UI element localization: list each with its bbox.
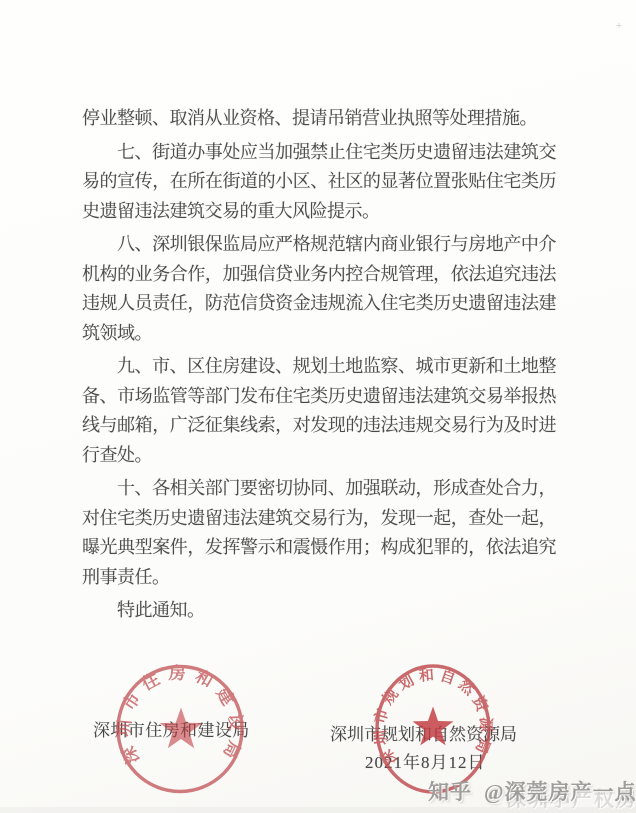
body-paragraph-item-10: 十、各相关部门要密切协同、加强联动，形成查处合力，对住宅类历史遗留违法建筑交易行… (82, 474, 556, 592)
zhihu-watermark: 知乎@深莞房产一点通 (428, 776, 636, 806)
closing-line: 特此通知。 (82, 596, 556, 626)
scan-artifact-mark: + (616, 20, 622, 32)
body-paragraph-item-8: 八、深圳银保监局应严格规范辖内商业银行与房地产中介机构的业务合作，加强信贷业务内… (82, 230, 556, 348)
scanned-notice-page: 停业整顿、取消从业资格、提请吊销营业执照等处理措施。 七、街道办事处应当加强禁止… (0, 0, 636, 813)
official-seal-housing-bureau-icon: 深圳市住房和建设局 (105, 654, 255, 804)
notice-body: 停业整顿、取消从业资格、提请吊销营业执照等处理措施。 七、街道办事处应当加强禁止… (82, 104, 556, 630)
zhihu-logo-text: 知乎 (428, 780, 472, 804)
seal-star-icon (413, 707, 454, 746)
body-paragraph-item-7: 七、街道办事处应当加强禁止住宅类历史遗留违法建筑交易的宣传，在所在街道的小区、社… (82, 138, 556, 227)
body-paragraph-item-9: 九、市、区住房建设、规划土地监察、城市更新和土地整备、市场监管等部门发布住宅类历… (82, 352, 556, 470)
body-paragraph-continuation: 停业整顿、取消从业资格、提请吊销营业执照等处理措施。 (82, 104, 556, 134)
watermark-author-handle: @深莞房产一点通 (484, 780, 636, 804)
seal-star-icon (160, 708, 203, 749)
